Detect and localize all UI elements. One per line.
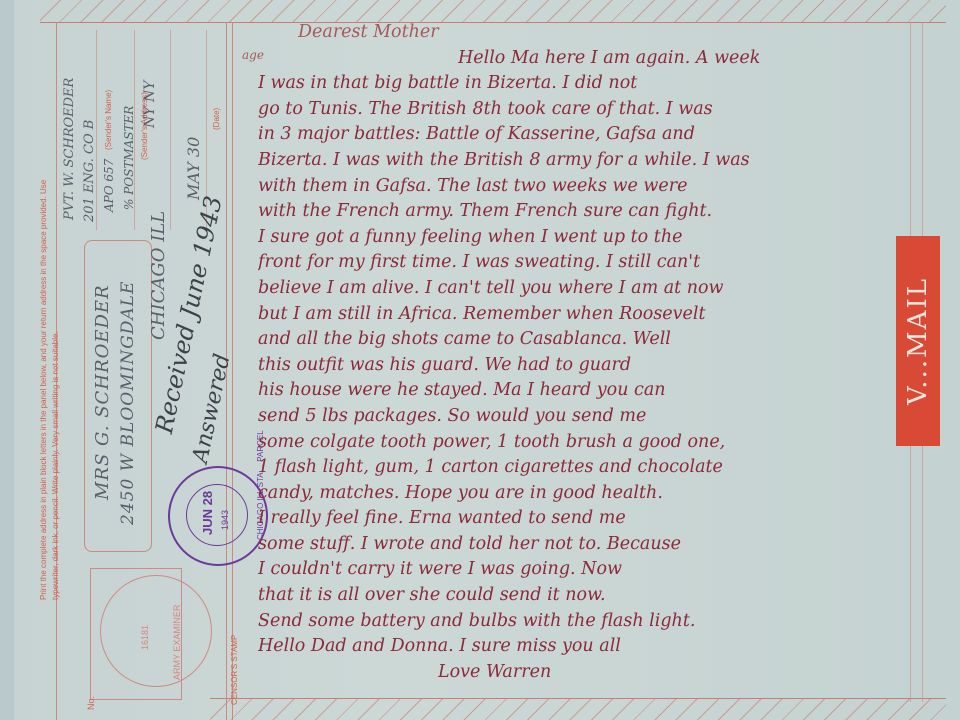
letter-line: Hello Ma here I am again. A week (458, 46, 898, 72)
postmark-date: JUN 28 (200, 491, 215, 535)
letter-line: some stuff. I wrote and told her not to.… (258, 532, 898, 558)
letter-line: candy, matches. Hope you are in good hea… (258, 481, 898, 507)
vmail-banner: V...MAIL (896, 236, 940, 446)
postmark-year: 1943 (220, 510, 230, 530)
letter-line: Hello Dad and Donna. I sure miss you all (258, 634, 898, 660)
letter-line: and all the big shots came to Casablanca… (258, 327, 898, 353)
letter-salutation: Dearest Mother (298, 20, 898, 46)
letter-line: but I am still in Africa. Remember when … (258, 302, 898, 328)
letter-line: front for my first time. I was sweating.… (258, 250, 898, 276)
letter-line: I was in that big battle in Bizerta. I d… (258, 71, 898, 97)
date-label: (Date) (212, 108, 221, 130)
letter-line: 1 flash light, gum, 1 carton cigarettes … (258, 455, 898, 481)
letter-line: Bizerta. I was with the British 8 army f… (258, 148, 898, 174)
letter-body: Dearest Mother Hello Ma here I am again.… (258, 20, 898, 685)
letter-line: his house were he stayed. Ma I heard you… (258, 378, 898, 404)
postmark-inner-ring (186, 484, 248, 546)
address-instructions: Print the complete address in plain bloc… (38, 160, 62, 600)
sender-unit: 201 ENG. CO B (82, 120, 97, 222)
senders-name-label: (Sender's Name) (104, 90, 113, 150)
vmail-banner-text: V...MAIL (903, 277, 933, 405)
sender-date: MAY 30 (184, 137, 203, 200)
sender-name: PVT. W. SCHROEDER (62, 78, 77, 220)
letter-line: some colgate tooth power, 1 tooth brush … (258, 430, 898, 456)
letter-line: Send some battery and bulbs with the fla… (258, 609, 898, 635)
recipient-city: CHICAGO ILL (148, 211, 169, 340)
letter-line: with the French army. Them French sure c… (258, 199, 898, 225)
censor-examiner-text: ARMY EXAMINER (172, 605, 182, 680)
letter-line: go to Tunis. The British 8th took care o… (258, 97, 898, 123)
sender-field-line (170, 30, 171, 230)
letter-line: in 3 major battles: Battle of Kasserine,… (258, 122, 898, 148)
censors-stamp-label: CENSOR'S STAMP (230, 635, 239, 705)
letter-line: believe I am alive. I can't tell you whe… (258, 276, 898, 302)
letter-line: with them in Gafsa. The last two weeks w… (258, 174, 898, 200)
letter-line: this outfit was his guard. We had to gua… (258, 353, 898, 379)
letter-line: I sure got a funny feeling when I went u… (258, 225, 898, 251)
letter-signoff: Love Warren (438, 660, 898, 686)
sender-city: NY NY (142, 81, 158, 128)
recipient-name: MRS G. SCHROEDER (92, 284, 113, 500)
sender-postmaster: % POSTMASTER (122, 106, 136, 210)
sender-apo: APO 657 (102, 159, 116, 212)
letter-line: send 5 lbs packages. So would you send m… (258, 404, 898, 430)
censor-number: 16181 (140, 625, 150, 650)
recipient-street: 2450 W BLOOMINGDALE (118, 281, 138, 525)
no-label: No. (86, 696, 96, 710)
letter-line: I really feel fine. Erna wanted to send … (258, 506, 898, 532)
censor-circle (100, 575, 212, 687)
letter-line: that it is all over she could send it no… (258, 583, 898, 609)
letter-line: I couldn't carry it were I was going. No… (258, 557, 898, 583)
bottom-hatched-border (210, 698, 946, 720)
